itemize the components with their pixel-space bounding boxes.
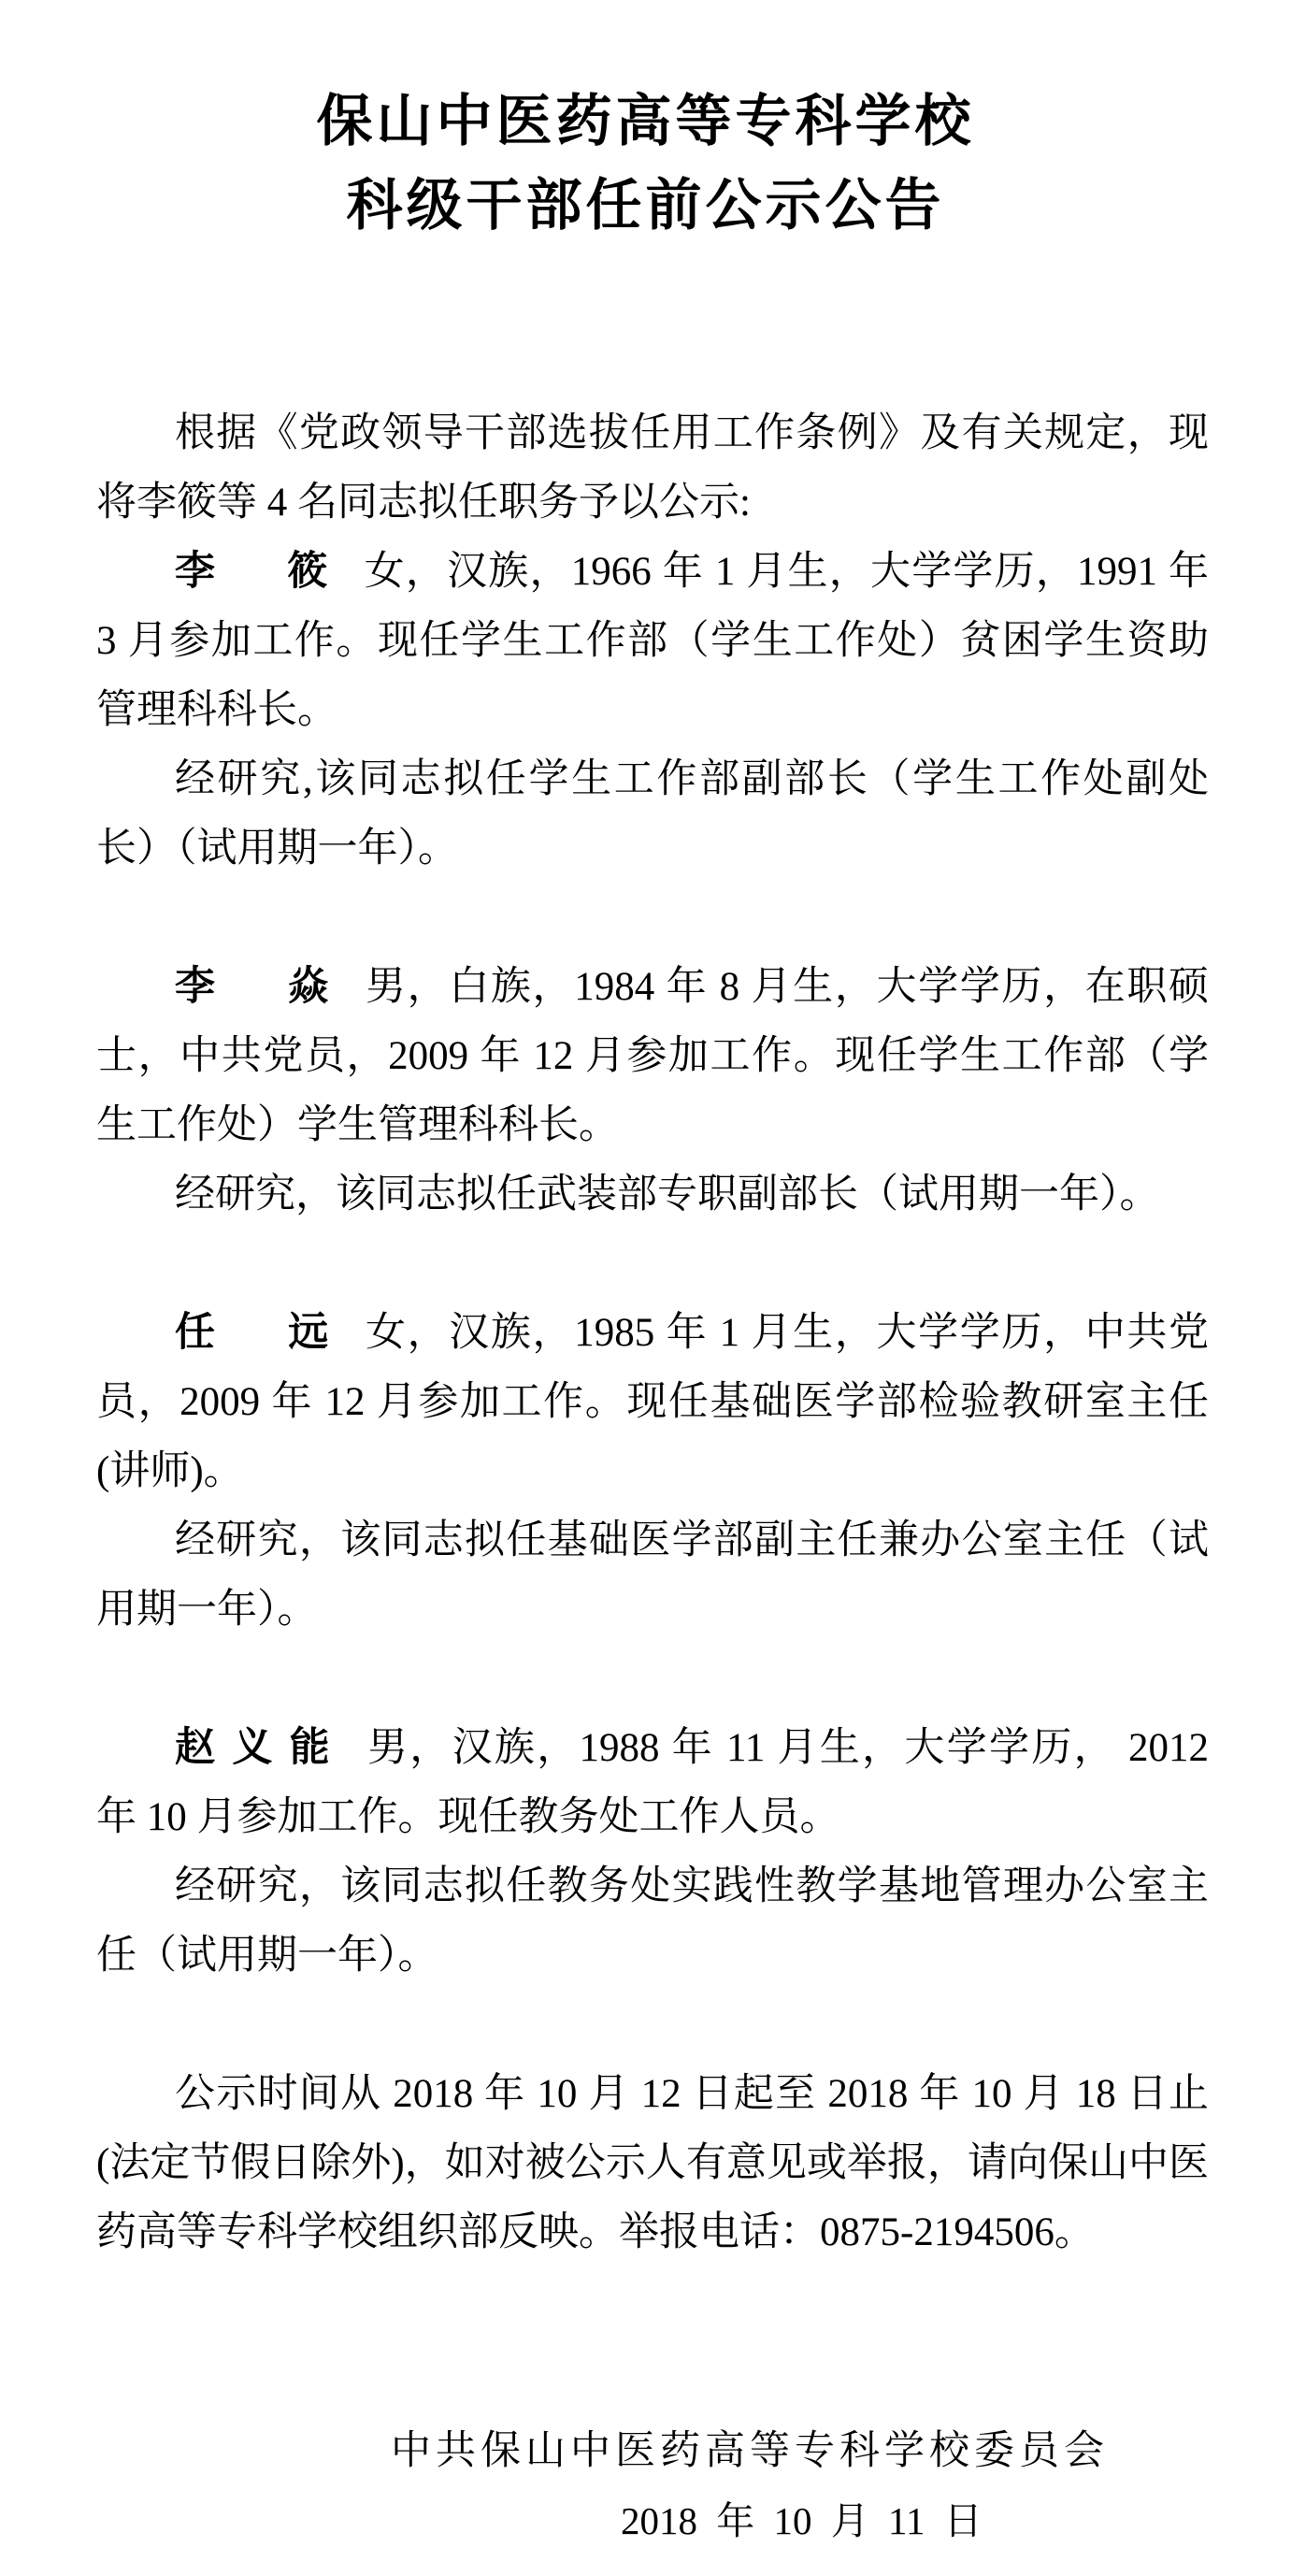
bio-paragraph-li-yan: 李 焱男，白族，1984 年 8 月生，大学学历，在职硕士，中共党员，2009 … xyxy=(96,953,1209,1160)
candidate-name: 赵义能 xyxy=(175,1726,347,1770)
bio-paragraph-zhao-yineng: 赵义能男，汉族，1988 年 11 月生，大学学历， 2012 年 10 月参加… xyxy=(96,1714,1209,1852)
decision-paragraph-li-xiao: 经研究,该同志拟任学生工作部副部长（学生工作处副处长）（试用期一年）。 xyxy=(96,745,1209,884)
candidate-name: 李 焱 xyxy=(175,965,345,1009)
intro-paragraph: 根据《党政领导干部选拔任用工作条例》及有关规定，现将李筱等 4 名同志拟任职务予… xyxy=(96,399,1209,538)
decision-paragraph-ren-yuan: 经研究，该同志拟任基础医学部副主任兼办公室主任（试用期一年）。 xyxy=(96,1506,1209,1645)
candidate-name: 任 远 xyxy=(175,1311,345,1355)
bio-paragraph-ren-yuan: 任 远女，汉族，1985 年 1 月生，大学学历，中共党员，2009 年 12 … xyxy=(96,1299,1209,1506)
document-body: 根据《党政领导干部选拔任用工作条例》及有关规定，现将李筱等 4 名同志拟任职务予… xyxy=(96,399,1209,2267)
announcement-page: 保山中医药高等专科学校 科级干部任前公示公告 根据《党政领导干部选拔任用工作条例… xyxy=(0,0,1291,2576)
signature-date: 2018 年 10 月 11 日 xyxy=(621,2486,983,2555)
title-line-2: 科级干部任前公示公告 xyxy=(0,164,1291,248)
title-line-1: 保山中医药高等专科学校 xyxy=(0,79,1291,164)
page-title: 保山中医药高等专科学校 科级干部任前公示公告 xyxy=(0,0,1291,248)
candidate-name: 李 筱 xyxy=(175,550,344,594)
decision-paragraph-li-yan: 经研究，该同志拟任武装部专职副部长（试用期一年）。 xyxy=(96,1160,1209,1230)
bio-paragraph-li-xiao: 李 筱女，汉族，1966 年 1 月生，大学学历，1991 年 3 月参加工作。… xyxy=(96,538,1209,745)
decision-paragraph-zhao-yineng: 经研究，该同志拟任教务处实践性教学基地管理办公室主任（试用期一年）。 xyxy=(96,1852,1209,1991)
closing-paragraph: 公示时间从 2018 年 10 月 12 日起至 2018 年 10 月 18 … xyxy=(96,2060,1209,2267)
signature-committee: 中共保山中医药高等专科学校委员会 xyxy=(391,2417,1109,2486)
